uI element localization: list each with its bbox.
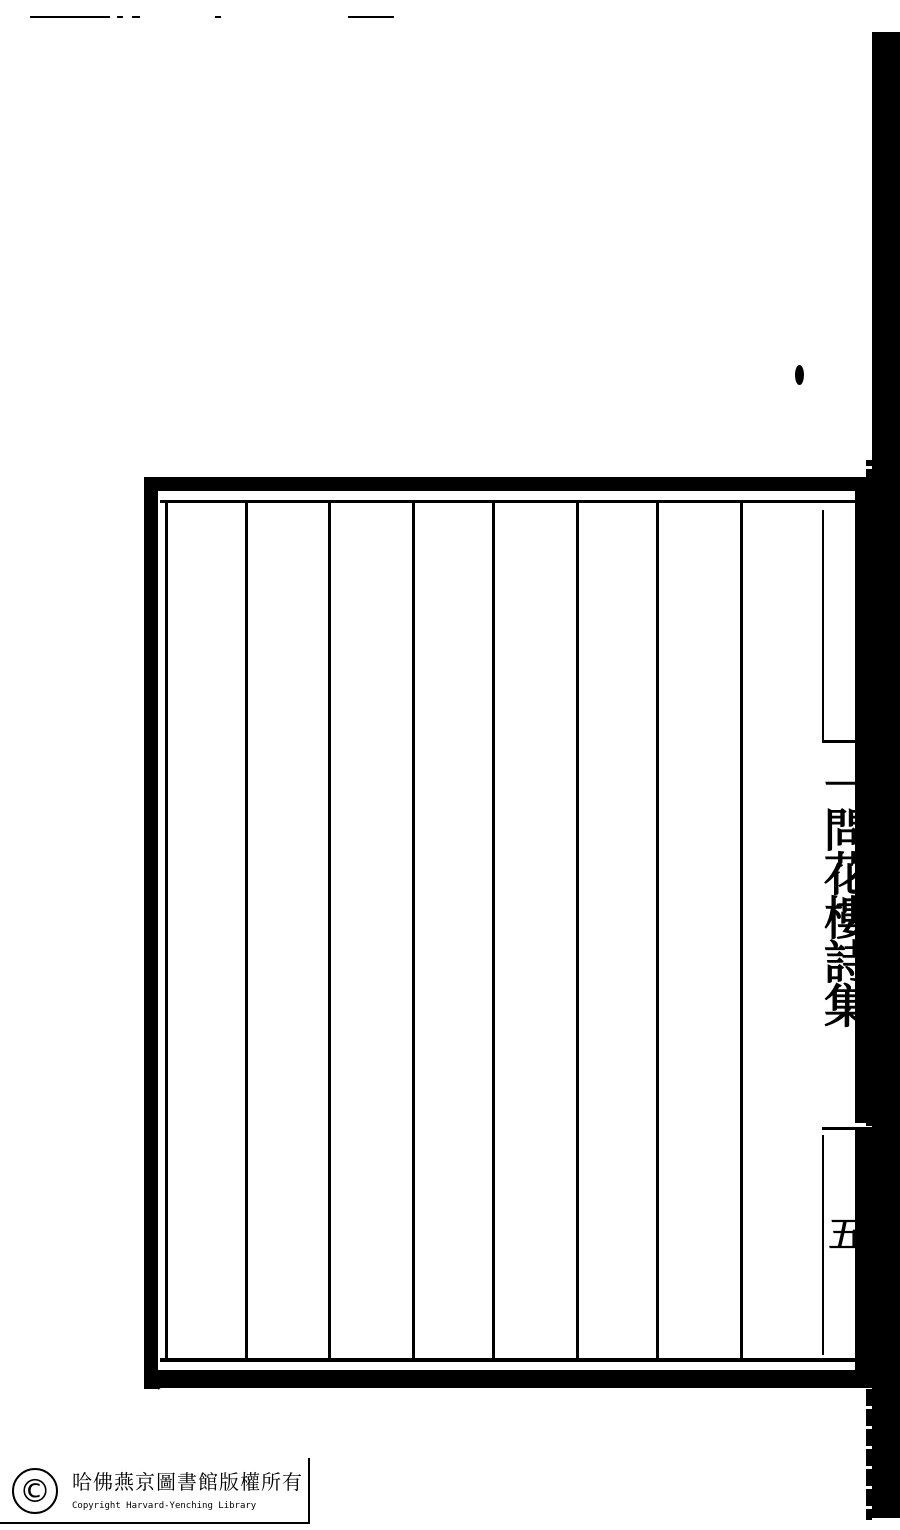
scan-noise	[117, 16, 123, 18]
column-rule	[412, 503, 415, 1361]
banxin-divider	[822, 1127, 856, 1130]
scan-noise	[348, 16, 394, 18]
column-rule	[656, 503, 659, 1361]
column-rule	[245, 503, 248, 1361]
inner-border-top	[160, 500, 856, 503]
column-rule	[328, 503, 331, 1361]
frame-border-top	[144, 477, 872, 491]
column-rule	[822, 510, 824, 740]
scan-noise	[215, 16, 221, 18]
scan-noise	[68, 16, 110, 18]
inner-border-bottom	[160, 1358, 856, 1362]
column-rule	[576, 503, 579, 1361]
copyright-stamp: © 哈佛燕京圖書館版權所有 Copyright Harvard-Yenching…	[0, 1458, 310, 1524]
scan-noise	[132, 16, 140, 18]
page-number: 五	[824, 1215, 864, 1251]
frame-border-left	[144, 477, 158, 1389]
frame-border-bottom	[144, 1370, 872, 1388]
banxin-divider	[822, 740, 856, 743]
book-title: 一問花樓詩集	[818, 762, 870, 1026]
copyright-english: Copyright Harvard-Yenching Library	[72, 1501, 256, 1511]
book-spine	[872, 32, 900, 1518]
inner-border-left	[165, 500, 168, 1360]
ink-blot	[795, 365, 804, 385]
copyright-icon: ©	[12, 1468, 58, 1514]
column-rule	[492, 503, 495, 1361]
copyright-chinese: 哈佛燕京圖書館版權所有	[72, 1466, 303, 1495]
column-rule	[740, 503, 743, 1361]
